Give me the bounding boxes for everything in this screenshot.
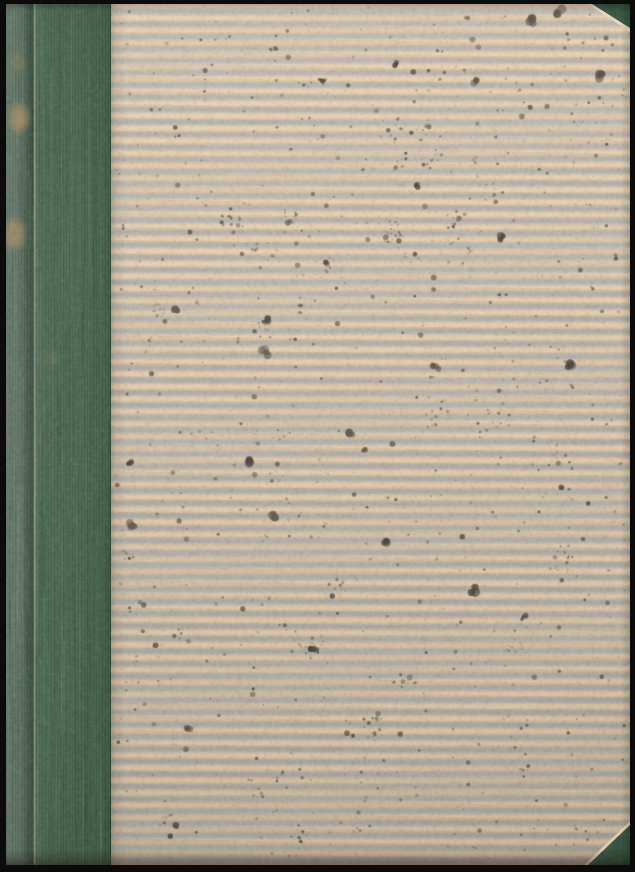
speckle-texture-canvas — [6, 4, 630, 865]
book-cover-photo — [0, 0, 635, 872]
book — [6, 4, 630, 865]
